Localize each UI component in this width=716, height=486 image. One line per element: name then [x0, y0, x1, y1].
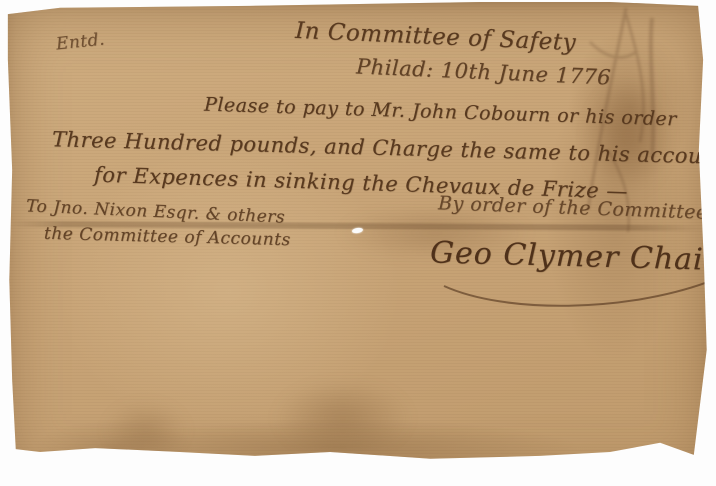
manuscript-paper: Entd. In Committee of Safety Philad: 10t…	[0, 0, 716, 486]
stain-bottom-left	[88, 390, 204, 470]
stain-bottom	[248, 366, 438, 470]
docket-annotation: Entd.	[55, 29, 106, 54]
signature-flourish	[436, 268, 716, 314]
paper-tear	[352, 227, 364, 234]
scanned-document: Entd. In Committee of Safety Philad: 10t…	[0, 0, 716, 486]
